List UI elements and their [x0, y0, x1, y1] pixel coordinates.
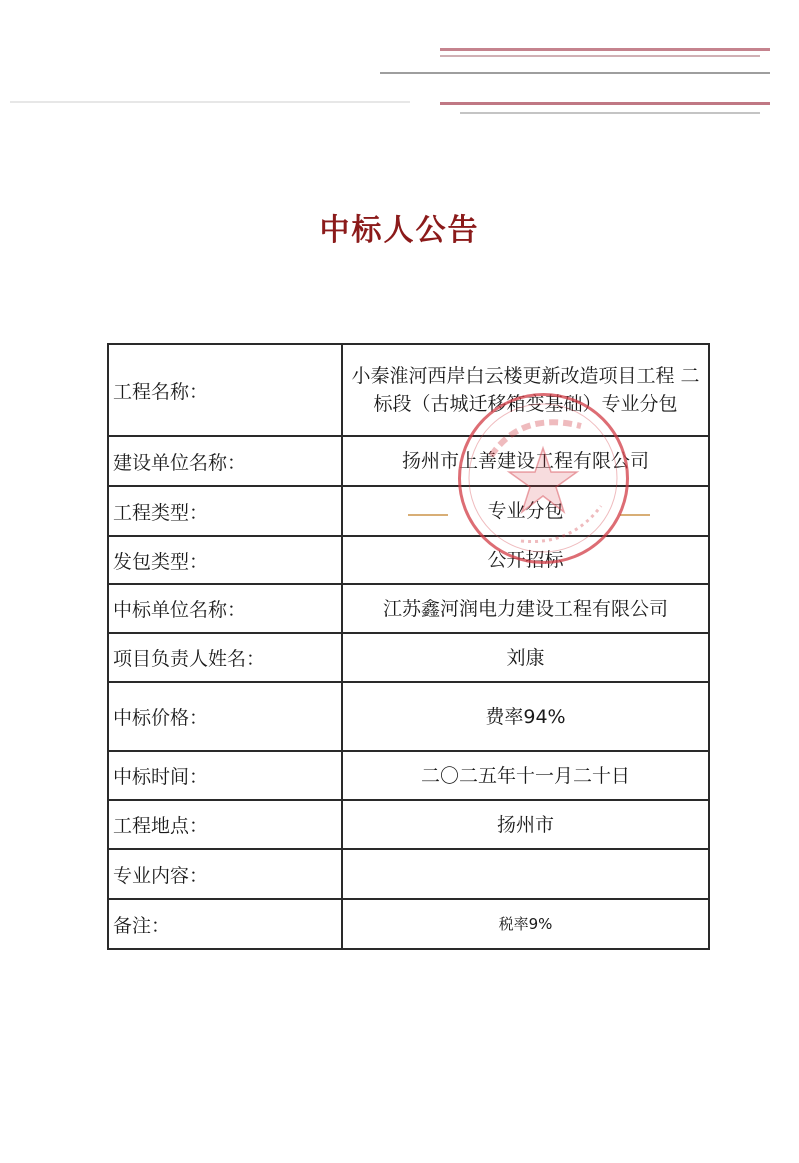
- page-title: 中标人公告: [0, 205, 799, 249]
- dashed-mark: [408, 514, 448, 516]
- row-label: 专业内容：: [108, 849, 342, 899]
- award-notice-table: 工程名称： 小秦淮河西岸白云楼更新改造项目工程 二标段（古城迁移箱变基础）专业分…: [107, 343, 710, 950]
- row-value: 扬州市上善建设工程有限公司: [342, 436, 709, 486]
- row-label: 备注：: [108, 899, 342, 949]
- scan-artifact-header: [0, 30, 799, 160]
- table-row: 项目负责人姓名： 刘康: [108, 633, 709, 682]
- row-label: 发包类型：: [108, 536, 342, 584]
- table-row: 中标单位名称： 江苏鑫河润电力建设工程有限公司: [108, 584, 709, 633]
- row-label: 中标单位名称：: [108, 584, 342, 633]
- row-value: 公开招标: [342, 536, 709, 584]
- row-value: 扬州市: [342, 800, 709, 849]
- row-label: 工程类型：: [108, 486, 342, 536]
- table-row: 专业内容：: [108, 849, 709, 899]
- row-label: 建设单位名称：: [108, 436, 342, 486]
- row-value: 税率9%: [342, 899, 709, 949]
- row-label: 工程地点：: [108, 800, 342, 849]
- row-value: 专业分包: [342, 486, 709, 536]
- row-value: 小秦淮河西岸白云楼更新改造项目工程 二标段（古城迁移箱变基础）专业分包: [342, 344, 709, 436]
- table-row: 中标价格： 费率94%: [108, 682, 709, 751]
- table-row: 备注： 税率9%: [108, 899, 709, 949]
- table-row: 发包类型： 公开招标: [108, 536, 709, 584]
- table-row: 工程地点： 扬州市: [108, 800, 709, 849]
- row-label: 项目负责人姓名：: [108, 633, 342, 682]
- row-value: 费率94%: [342, 682, 709, 751]
- row-value: [342, 849, 709, 899]
- row-value: 刘康: [342, 633, 709, 682]
- row-value: 江苏鑫河润电力建设工程有限公司: [342, 584, 709, 633]
- table-row: 工程名称： 小秦淮河西岸白云楼更新改造项目工程 二标段（古城迁移箱变基础）专业分…: [108, 344, 709, 436]
- dashed-mark: [620, 514, 650, 516]
- row-label: 中标价格：: [108, 682, 342, 751]
- table-row: 建设单位名称： 扬州市上善建设工程有限公司: [108, 436, 709, 486]
- row-value: 二〇二五年十一月二十日: [342, 751, 709, 800]
- row-label: 中标时间：: [108, 751, 342, 800]
- row-label: 工程名称：: [108, 344, 342, 436]
- table-row: 工程类型： 专业分包: [108, 486, 709, 536]
- table-row: 中标时间： 二〇二五年十一月二十日: [108, 751, 709, 800]
